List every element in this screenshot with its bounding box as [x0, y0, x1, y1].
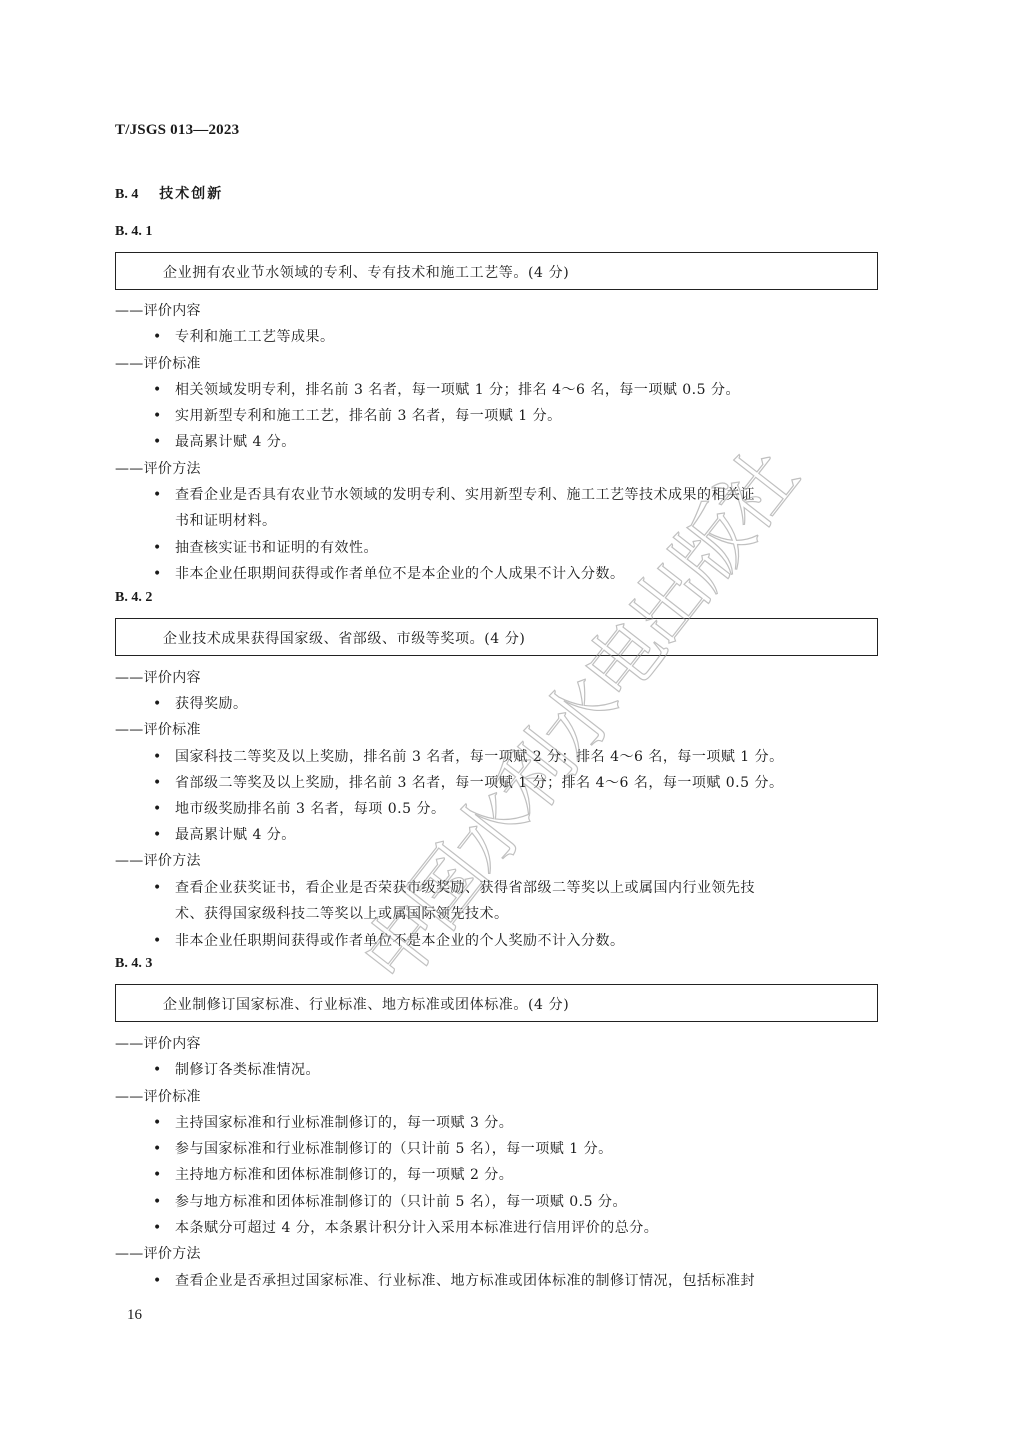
method-label: ——评价方法 — [115, 850, 201, 870]
bullet-item: •地市级奖励排名前 3 名者，每项 0.5 分。 — [153, 798, 445, 818]
bullet-item: •非本企业任职期间获得或作者单位不是本企业的个人奖励不计入分数。 — [153, 930, 625, 950]
bullet-item: •制修订各类标准情况。 — [153, 1059, 320, 1079]
requirement-text: 企业技术成果获得国家级、省部级、市级等奖项。(4 分) — [163, 628, 525, 648]
bullet-icon: • — [153, 487, 175, 503]
clause-id: B. 4. 3 — [115, 956, 152, 972]
standard-label: ——评价标准 — [115, 353, 201, 373]
section-title: 技术创新 — [159, 186, 223, 202]
bullet-icon: • — [153, 408, 175, 424]
bullet-item: •参与国家标准和行业标准制修订的（只计前 5 名），每一项赋 1 分。 — [153, 1138, 613, 1158]
bullet-icon: • — [153, 696, 175, 712]
bullet-icon: • — [153, 1194, 175, 1210]
method-label: ——评价方法 — [115, 1243, 201, 1263]
method-label: ——评价方法 — [115, 458, 201, 478]
bullet-item: •本条赋分可超过 4 分，本条累计积分计入采用本标准进行信用评价的总分。 — [153, 1217, 658, 1237]
content-label: ——评价内容 — [115, 667, 201, 687]
bullet-item: •相关领域发明专利，排名前 3 名者，每一项赋 1 分；排名 4～6 名，每一项… — [153, 379, 740, 399]
bullet-item: •查看企业是否具有农业节水领域的发明专利、实用新型专利、施工工艺等技术成果的相关… — [153, 484, 755, 504]
bullet-icon: • — [153, 1273, 175, 1289]
bullet-item: •抽查核实证书和证明的有效性。 — [153, 537, 378, 557]
section-number: B. 4 — [115, 187, 138, 202]
bullet-item: •主持国家标准和行业标准制修订的，每一项赋 3 分。 — [153, 1112, 513, 1132]
bullet-icon: • — [153, 1220, 175, 1236]
bullet-item: •主持地方标准和团体标准制修订的，每一项赋 2 分。 — [153, 1164, 513, 1184]
bullet-item: •国家科技二等奖及以上奖励，排名前 3 名者，每一项赋 2 分；排名 4～6 名… — [153, 746, 784, 766]
content-label: ——评价内容 — [115, 1033, 201, 1053]
clause-id: B. 4. 1 — [115, 224, 152, 240]
content-label: ——评价内容 — [115, 300, 201, 320]
bullet-continuation: 术、获得国家级科技二等奖以上或属国际领先技术。 — [175, 903, 509, 923]
bullet-icon: • — [153, 775, 175, 791]
bullet-icon: • — [153, 1141, 175, 1157]
page-number: 16 — [127, 1307, 142, 1324]
bullet-icon: • — [153, 880, 175, 896]
requirement-box: 企业制修订国家标准、行业标准、地方标准或团体标准。(4 分) — [115, 984, 878, 1022]
bullet-item: •查看企业获奖证书，看企业是否荣获市级奖励、获得省部级二等奖以上或属国内行业领先… — [153, 877, 755, 897]
bullet-icon: • — [153, 1115, 175, 1131]
bullet-icon: • — [153, 933, 175, 949]
bullet-item: •省部级二等奖及以上奖励，排名前 3 名者，每一项赋 1 分；排名 4～6 名，… — [153, 772, 784, 792]
requirement-text: 企业制修订国家标准、行业标准、地方标准或团体标准。(4 分) — [163, 994, 569, 1014]
bullet-icon: • — [153, 540, 175, 556]
bullet-icon: • — [153, 749, 175, 765]
section-heading: B. 4 技术创新 — [115, 183, 223, 203]
bullet-icon: • — [153, 1167, 175, 1183]
bullet-icon: • — [153, 566, 175, 582]
bullet-item: •非本企业任职期间获得或作者单位不是本企业的个人成果不计入分数。 — [153, 563, 625, 583]
bullet-item: •最高累计赋 4 分。 — [153, 431, 296, 451]
bullet-icon: • — [153, 329, 175, 345]
bullet-item: •实用新型专利和施工工艺，排名前 3 名者，每一项赋 1 分。 — [153, 405, 562, 425]
bullet-continuation: 书和证明材料。 — [175, 510, 277, 530]
bullet-item: •专利和施工工艺等成果。 — [153, 326, 335, 346]
bullet-item: •获得奖励。 — [153, 693, 248, 713]
bullet-icon: • — [153, 827, 175, 843]
document-code: T/JSGS 013—2023 — [115, 122, 239, 139]
bullet-icon: • — [153, 801, 175, 817]
bullet-icon: • — [153, 434, 175, 450]
requirement-text: 企业拥有农业节水领域的专利、专有技术和施工工艺等。(4 分) — [163, 262, 569, 282]
bullet-item: •参与地方标准和团体标准制修订的（只计前 5 名），每一项赋 0.5 分。 — [153, 1191, 627, 1211]
bullet-icon: • — [153, 1062, 175, 1078]
bullet-icon: • — [153, 382, 175, 398]
requirement-box: 企业拥有农业节水领域的专利、专有技术和施工工艺等。(4 分) — [115, 252, 878, 290]
standard-label: ——评价标准 — [115, 719, 201, 739]
clause-id: B. 4. 2 — [115, 590, 152, 606]
bullet-item: •最高累计赋 4 分。 — [153, 824, 296, 844]
bullet-item: •查看企业是否承担过国家标准、行业标准、地方标准或团体标准的制修订情况，包括标准… — [153, 1270, 755, 1290]
standard-label: ——评价标准 — [115, 1086, 201, 1106]
requirement-box: 企业技术成果获得国家级、省部级、市级等奖项。(4 分) — [115, 618, 878, 656]
